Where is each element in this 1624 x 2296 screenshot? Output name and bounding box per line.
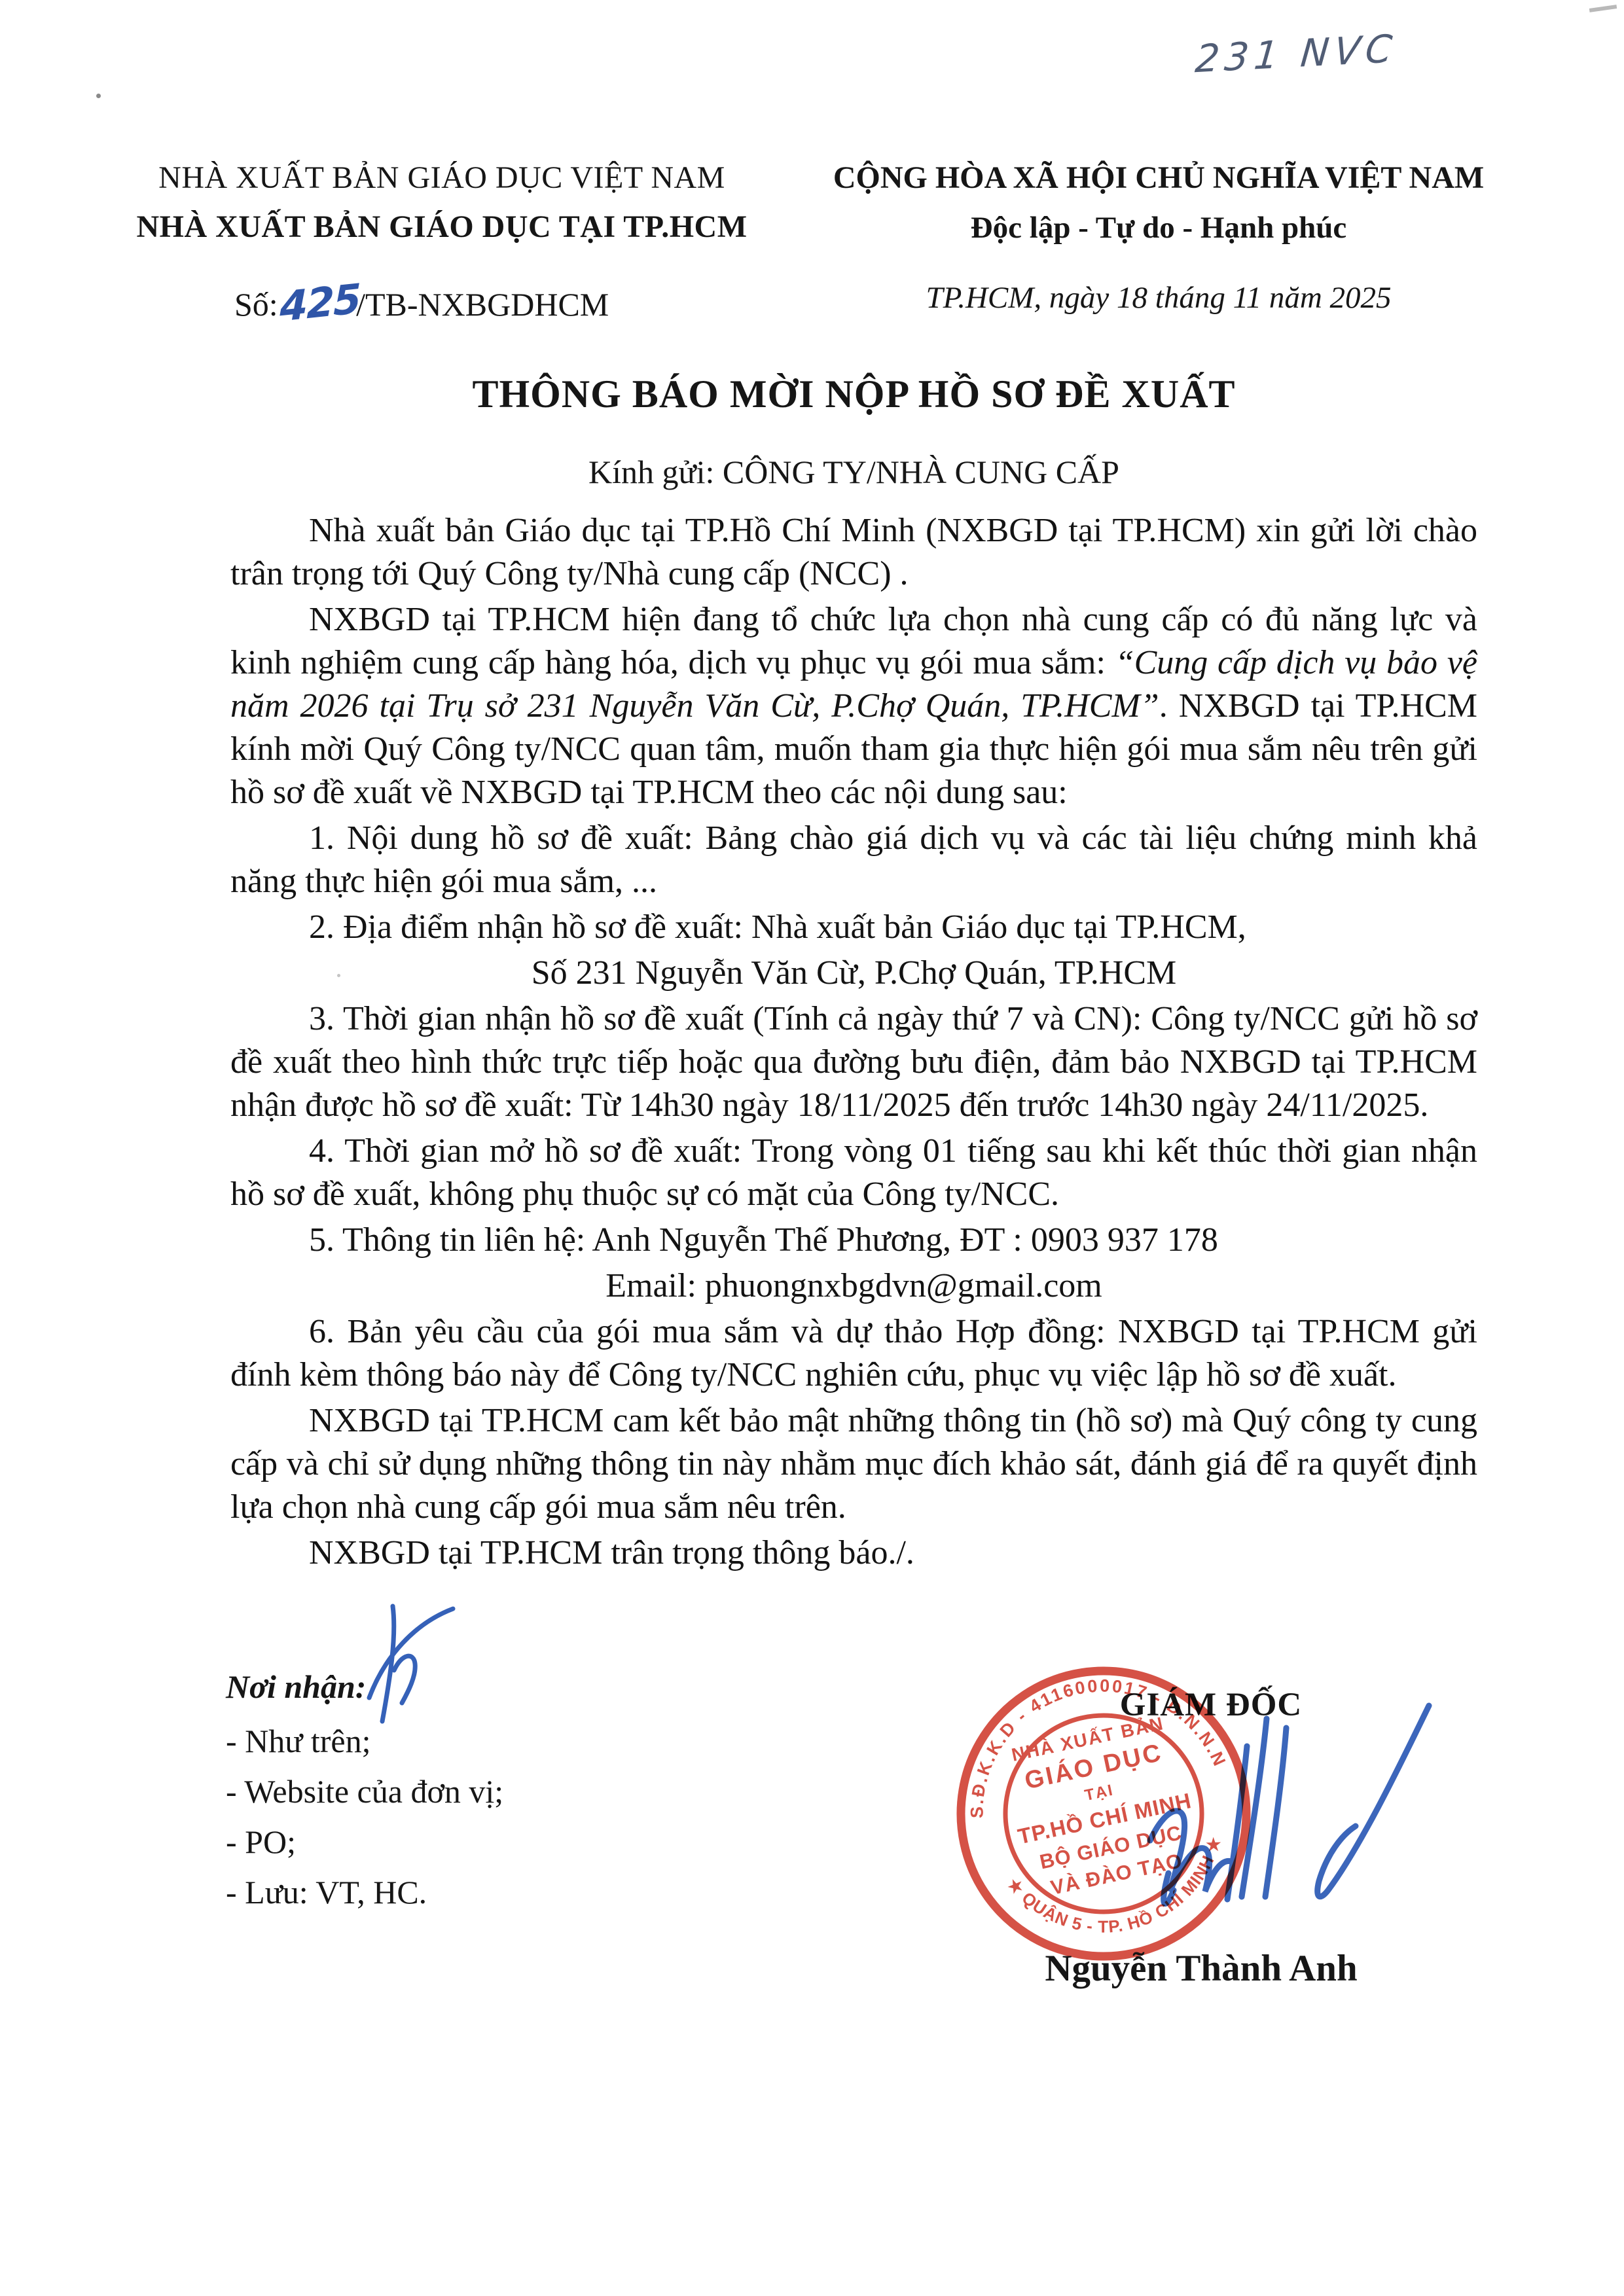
- handwritten-document-number: 425: [280, 274, 360, 331]
- item-5-contact: 5. Thông tin liên hệ: Anh Nguyễn Thế Phư…: [230, 1219, 1477, 1262]
- director-signature: [1110, 1699, 1443, 1922]
- issuer-parent-name: NHÀ XUẤT BẢN GIÁO DỤC VIỆT NAM: [111, 160, 772, 196]
- letter-body: Nhà xuất bản Giáo dục tại TP.Hồ Chí Minh…: [230, 509, 1477, 1577]
- paragraph-greeting: Nhà xuất bản Giáo dục tại TP.Hồ Chí Minh…: [230, 509, 1477, 596]
- initial-strokes-svg: [353, 1598, 465, 1729]
- item-4-opening-time: 4. Thời gian mở hồ sơ đề xuất: Trong vòn…: [230, 1130, 1477, 1216]
- salutation-line: Kính gửi: CÔNG TY/NHÀ CUNG CẤP: [230, 453, 1477, 491]
- national-motto: Độc lập - Tự do - Hạnh phúc: [776, 210, 1542, 245]
- scan-artifact: [1589, 5, 1617, 12]
- paragraph-closing: NXBGD tại TP.HCM trân trọng thông báo./.: [230, 1532, 1477, 1575]
- item-2-location: 2. Địa điểm nhận hồ sơ đề xuất: Nhà xuất…: [230, 906, 1477, 949]
- scanned-official-letter: 231 NVC NHÀ XUẤT BẢN GIÁO DỤC VIỆT NAM N…: [0, 0, 1624, 2296]
- item-3-receiving-time: 3. Thời gian nhận hồ sơ đề xuất (Tính cả…: [230, 997, 1477, 1127]
- item-2-address: Số 231 Nguyễn Văn Cừ, P.Chợ Quán, TP.HCM: [230, 952, 1477, 995]
- handwritten-note: 231 NVC: [1193, 26, 1399, 82]
- signer-name: Nguyễn Thành Anh: [1031, 1947, 1371, 1990]
- item-5-email: Email: phuongnxbgdvn@gmail.com: [230, 1265, 1477, 1308]
- paragraph-confidentiality: NXBGD tại TP.HCM cam kết bảo mật những t…: [230, 1399, 1477, 1529]
- issuer-header: NHÀ XUẤT BẢN GIÁO DỤC VIỆT NAM NHÀ XUẤT …: [111, 160, 772, 245]
- scan-speck: [96, 94, 101, 98]
- handwritten-initial-mark: [353, 1598, 465, 1729]
- recipients-label: Nơi nhận:: [226, 1668, 366, 1706]
- item-1-content: 1. Nội dung hồ sơ đề xuất: Bảng chào giá…: [230, 817, 1477, 903]
- national-title: CỘNG HÒA XÃ HỘI CHỦ NGHĨA VIỆT NAM: [776, 160, 1542, 196]
- recipient-item: - PO;: [226, 1817, 503, 1867]
- signature-svg: [1110, 1699, 1443, 1922]
- place-date-line: TP.HCM, ngày 18 tháng 11 năm 2025: [779, 280, 1538, 315]
- document-number-line: Số:425/TB-NXBGDHCM: [234, 278, 609, 325]
- recipient-item: - Website của đơn vị;: [226, 1767, 503, 1817]
- document-title: THÔNG BÁO MỜI NỘP HỒ SƠ ĐỀ XUẤT: [230, 372, 1477, 417]
- national-motto-header: CỘNG HÒA XÃ HỘI CHỦ NGHĨA VIỆT NAM Độc l…: [776, 160, 1542, 245]
- item-6-attachments: 6. Bản yêu cầu của gói mua sắm và dự thả…: [230, 1310, 1477, 1397]
- paragraph-invitation: NXBGD tại TP.HCM hiện đang tổ chức lựa c…: [230, 598, 1477, 814]
- document-number-suffix: /TB-NXBGDHCM: [356, 286, 609, 323]
- recipient-item: - Lưu: VT, HC.: [226, 1867, 503, 1918]
- document-number-prefix: Số:: [234, 286, 278, 323]
- issuer-name: NHÀ XUẤT BẢN GIÁO DỤC TẠI TP.HCM: [111, 209, 772, 245]
- recipients-list: - Như trên; - Website của đơn vị; - PO; …: [226, 1716, 503, 1918]
